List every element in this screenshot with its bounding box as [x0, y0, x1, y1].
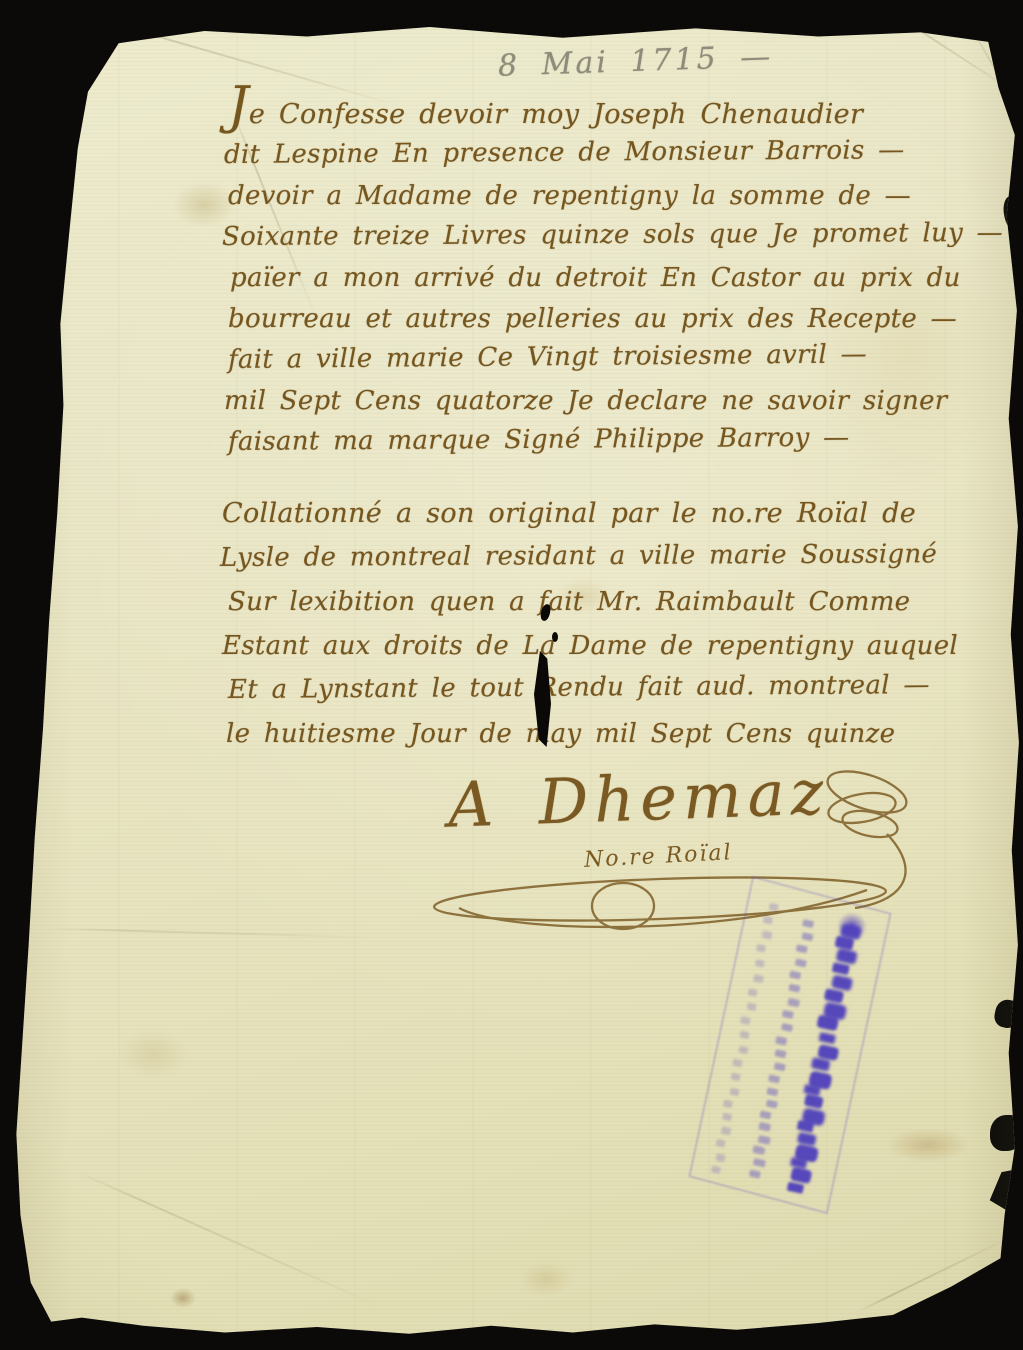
scan-background: 8 Mai 1715 — Je Confesse devoir moy Jose… [0, 0, 1023, 1350]
paper-vignette [0, 0, 1023, 1350]
document-page: 8 Mai 1715 — Je Confesse devoir moy Jose… [0, 0, 1023, 1350]
